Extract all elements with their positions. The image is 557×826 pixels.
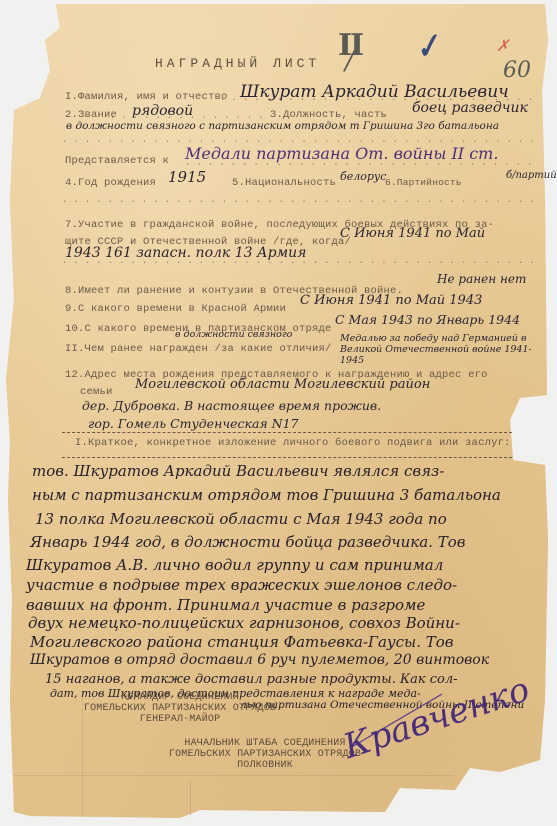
field-value-birth-year: 1915 — [168, 168, 206, 186]
narrative-line: участие в подрыве трех вражеских эшелоно… — [26, 576, 457, 594]
signature-line: ПОЛКОВНИК — [150, 760, 380, 771]
narrative-line: тов. Шкуратов Аркадий Васильевич являлся… — [32, 462, 444, 480]
section-heading: I.Краткое, конкретное изложение личного … — [75, 437, 511, 449]
narrative-line: ным с партизанским отрядом тов Гришина 3… — [32, 486, 501, 504]
page-number: 60 — [503, 58, 531, 83]
field-value-red-army: С Июня 1941 по Май 1943 — [300, 293, 482, 308]
narrative-line: 15 наганов, а также доставил разные прод… — [45, 672, 458, 687]
signature-line: ГЕНЕРАЛ-МАЙОР — [75, 714, 285, 725]
narrative-line: Шкуратов в отряд доставил 6 руч пулемето… — [30, 652, 489, 668]
narrative-line: Могилевского района станция Фатьевка-Гау… — [30, 633, 454, 651]
field-value-address-cont2: гор. Гомель Студенческая N17 — [88, 416, 299, 431]
dotted-line: ········································… — [62, 197, 542, 207]
slash-mark: / — [345, 46, 354, 76]
field-label-birth-year: 4.Год рождения — [65, 177, 156, 189]
field-label-address-cont: семьи — [80, 386, 113, 398]
signature-line: КОМАНДИР СОЕДИНЕНИЯ — [75, 692, 285, 703]
document-title: НАГРАДНЫЙ ЛИСТ — [155, 56, 320, 71]
narrative-line: вавших на фронт. Принимал участие в разг… — [26, 596, 425, 614]
fold-line — [14, 775, 454, 776]
narrative-line: двух немецко-полицейских гарнизонов, сов… — [28, 614, 460, 632]
field-label-awards: II.Чем ранее награжден /за какие отличия… — [65, 343, 332, 355]
field-value-position-cont: в должности связного с партизанским отря… — [66, 120, 499, 132]
field-value-party: б/партийн — [506, 170, 557, 181]
field-value-nationality: белорус — [340, 170, 386, 183]
narrative-line: 13 полка Могилевской области с Мая 1943 … — [35, 510, 447, 528]
field-value-address: Могилевской области Могилевский район — [135, 377, 430, 392]
red-cross-mark: ✗ — [496, 36, 509, 55]
field-label-red-army: 9.С какого времени в Красной Армии — [65, 303, 286, 315]
field-value-combat: С Июня 1941 по Май — [340, 226, 485, 241]
narrative-line: Шкуратов А.В. лично водил группу и сам п… — [26, 556, 443, 574]
field-label-nationality: 5.Национальность — [232, 177, 336, 189]
field-value-position: боец разведчик — [412, 100, 528, 116]
narrative-line: Январь 1944 год, в должности бойца разве… — [30, 533, 465, 551]
field-value-awards-above: в должности связного — [175, 329, 292, 340]
field-value-address-cont: дер. Дубровка. В настоящее время прожив. — [82, 398, 381, 413]
field-label-name: I.Фамилия, имя и отчество — [65, 91, 228, 103]
dashed-divider — [62, 432, 512, 433]
field-value-name: Шкурат Аркадий Васильевич — [240, 82, 509, 102]
field-value-partisan: С Мая 1943 по Январь 1944 — [335, 312, 520, 327]
field-value-wounds: Не ранен нет — [437, 272, 526, 286]
signature-block-commander: КОМАНДИР СОЕДИНЕНИЯ ГОМЕЛЬСКИХ ПАРТИЗАНС… — [75, 692, 285, 725]
signature-line: ГОМЕЛЬСКИХ ПАРТИЗАНСКИХ ОТРЯДОВ — [75, 703, 285, 714]
field-label-party: 6.Партийность — [385, 177, 462, 188]
dashed-divider — [62, 457, 512, 458]
field-label-presented: Представляется к — [65, 155, 169, 167]
dotted-line: ········································… — [62, 258, 542, 268]
dotted-line: ········································… — [185, 160, 540, 170]
fold-line — [190, 780, 191, 815]
field-value-awards: Медалью за победу над Германией в Велико… — [340, 333, 540, 366]
field-value-rank: рядовой — [132, 103, 193, 119]
